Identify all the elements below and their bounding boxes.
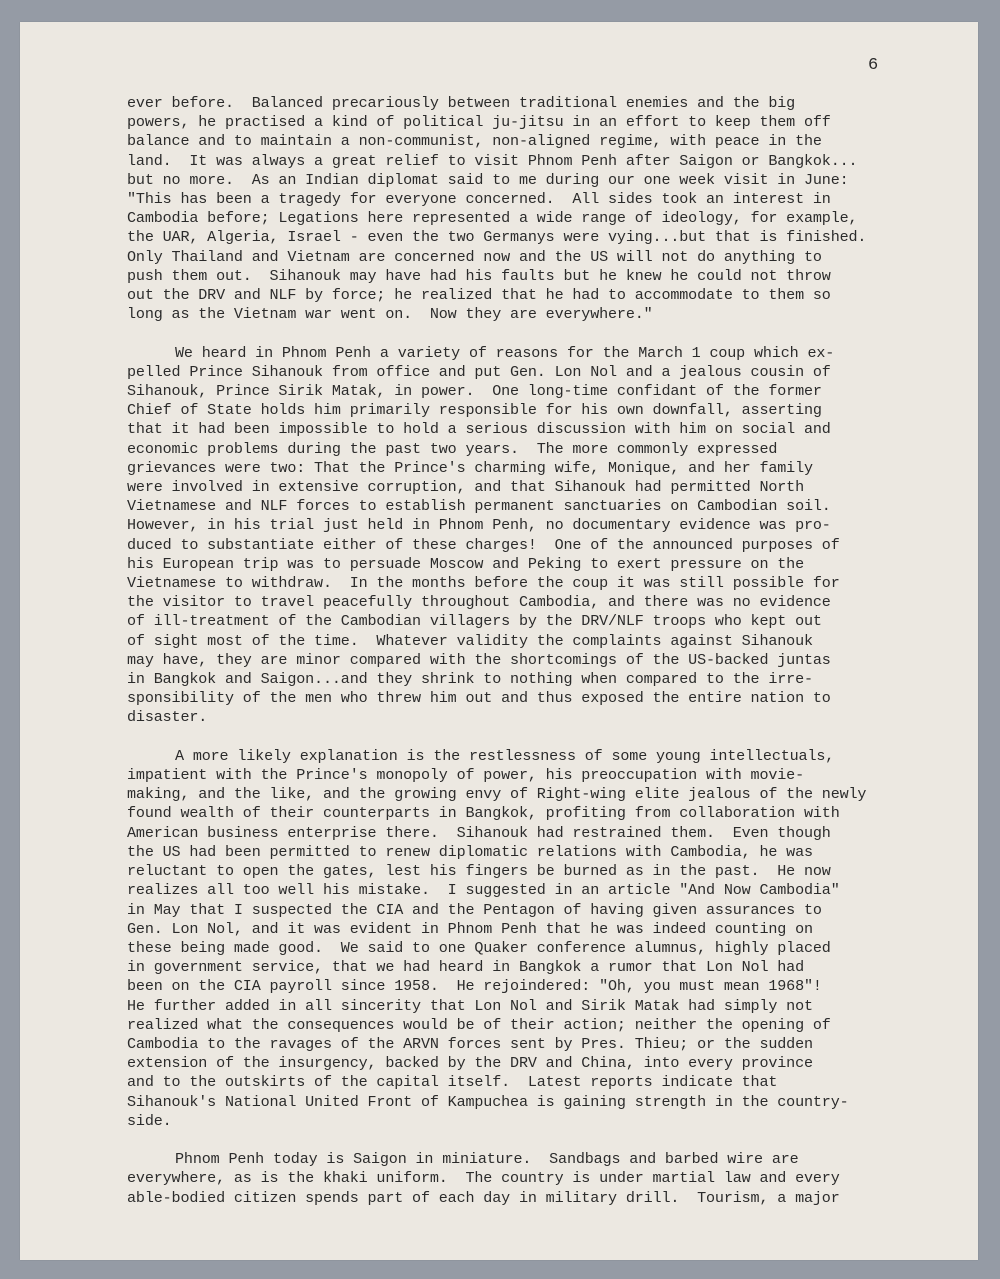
text-line: Chief of State holds him primarily respo… xyxy=(127,401,947,420)
text-line: been on the CIA payroll since 1958. He r… xyxy=(127,977,947,996)
text-line: these being made good. We said to one Qu… xyxy=(127,939,947,958)
text-line: Only Thailand and Vietnam are concerned … xyxy=(127,248,947,267)
text-line: the visitor to travel peacefully through… xyxy=(127,593,947,612)
text-line: disaster. xyxy=(127,708,947,727)
text-line: may have, they are minor compared with t… xyxy=(127,651,947,670)
text-line: ever before. Balanced precariously betwe… xyxy=(127,94,947,113)
text-line: Vietnamese to withdraw. In the months be… xyxy=(127,574,947,593)
text-line: However, in his trial just held in Phnom… xyxy=(127,516,947,535)
paragraph-2: We heard in Phnom Penh a variety of reas… xyxy=(127,344,947,728)
text-line: in Bangkok and Saigon...and they shrink … xyxy=(127,670,947,689)
text-line: side. xyxy=(127,1112,947,1131)
text-line: of ill-treatment of the Cambodian villag… xyxy=(127,612,947,631)
text-line: found wealth of their counterparts in Ba… xyxy=(127,804,947,823)
text-line: A more likely explanation is the restles… xyxy=(127,747,947,766)
text-line: balance and to maintain a non-communist,… xyxy=(127,132,947,151)
text-line: realizes all too well his mistake. I sug… xyxy=(127,881,947,900)
text-line: making, and the like, and the growing en… xyxy=(127,785,947,804)
text-line: impatient with the Prince's monopoly of … xyxy=(127,766,947,785)
text-line: Sihanouk's National United Front of Kamp… xyxy=(127,1093,947,1112)
text-line: in May that I suspected the CIA and the … xyxy=(127,901,947,920)
text-line: everywhere, as is the khaki uniform. The… xyxy=(127,1169,947,1188)
text-line: powers, he practised a kind of political… xyxy=(127,113,947,132)
text-line: in government service, that we had heard… xyxy=(127,958,947,977)
text-line: his European trip was to persuade Moscow… xyxy=(127,555,947,574)
text-line: grievances were two: That the Prince's c… xyxy=(127,459,947,478)
text-line: land. It was always a great relief to vi… xyxy=(127,152,947,171)
text-line: Cambodia before; Legations here represen… xyxy=(127,209,947,228)
text-line: able-bodied citizen spends part of each … xyxy=(127,1189,947,1208)
text-line: Cambodia to the ravages of the ARVN forc… xyxy=(127,1035,947,1054)
text-line: duced to substantiate either of these ch… xyxy=(127,536,947,555)
document-body: ever before. Balanced precariously betwe… xyxy=(127,94,947,1227)
text-line: American business enterprise there. Siha… xyxy=(127,824,947,843)
text-line: were involved in extensive corruption, a… xyxy=(127,478,947,497)
text-line: Phnom Penh today is Saigon in miniature.… xyxy=(127,1150,947,1169)
text-line: economic problems during the past two ye… xyxy=(127,440,947,459)
text-line: realized what the consequences would be … xyxy=(127,1016,947,1035)
text-line: out the DRV and NLF by force; he realize… xyxy=(127,286,947,305)
text-line: reluctant to open the gates, lest his fi… xyxy=(127,862,947,881)
text-line: but no more. As an Indian diplomat said … xyxy=(127,171,947,190)
page-number: 6 xyxy=(868,56,878,75)
text-line: "This has been a tragedy for everyone co… xyxy=(127,190,947,209)
text-line: Sihanouk, Prince Sirik Matak, in power. … xyxy=(127,382,947,401)
text-line: the UAR, Algeria, Israel - even the two … xyxy=(127,228,947,247)
paragraph-4: Phnom Penh today is Saigon in miniature.… xyxy=(127,1150,947,1208)
text-line: that it had been impossible to hold a se… xyxy=(127,420,947,439)
text-line: the US had been permitted to renew diplo… xyxy=(127,843,947,862)
text-line: sponsibility of the men who threw him ou… xyxy=(127,689,947,708)
paragraph-3: A more likely explanation is the restles… xyxy=(127,747,947,1131)
text-line: long as the Vietnam war went on. Now the… xyxy=(127,305,947,324)
text-line: push them out. Sihanouk may have had his… xyxy=(127,267,947,286)
text-line: extension of the insurgency, backed by t… xyxy=(127,1054,947,1073)
text-line: We heard in Phnom Penh a variety of reas… xyxy=(127,344,947,363)
text-line: and to the outskirts of the capital itse… xyxy=(127,1073,947,1092)
text-line: pelled Prince Sihanouk from office and p… xyxy=(127,363,947,382)
paragraph-1: ever before. Balanced precariously betwe… xyxy=(127,94,947,324)
text-line: Vietnamese and NLF forces to establish p… xyxy=(127,497,947,516)
text-line: He further added in all sincerity that L… xyxy=(127,997,947,1016)
text-line: Gen. Lon Nol, and it was evident in Phno… xyxy=(127,920,947,939)
text-line: of sight most of the time. Whatever vali… xyxy=(127,632,947,651)
